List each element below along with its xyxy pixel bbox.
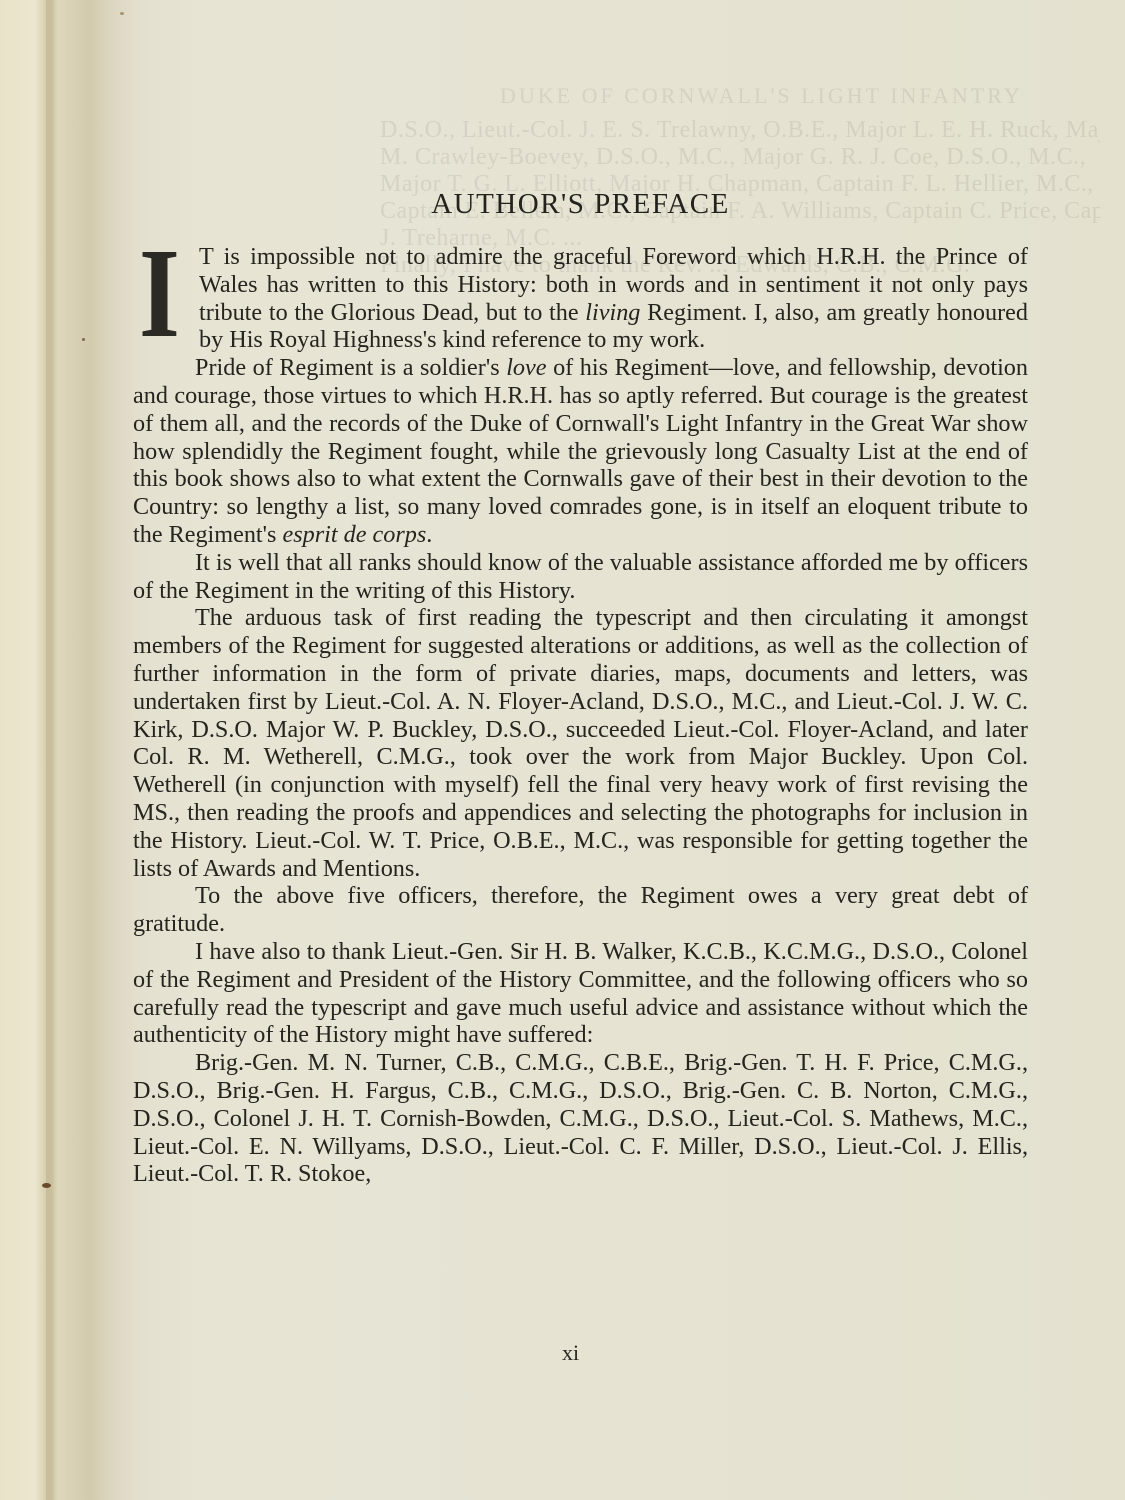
drop-cap-initial: I (139, 247, 180, 339)
paragraph-5: To the above five officers, therefore, t… (133, 882, 1028, 938)
paper-speck (42, 1183, 51, 1188)
paragraph-2-lead: Pride of Regiment is a soldier's (195, 354, 506, 381)
paragraph-6: I have also to thank Lieut.-Gen. Sir H. … (133, 938, 1028, 1049)
paper-speck (120, 12, 124, 15)
paragraph-2-tail: of his Regiment—love, and fellowship, de… (133, 354, 1028, 548)
show-through-line: M. Crawley-Boevey, D.S.O., M.C., Major G… (380, 144, 1100, 171)
paragraph-2-end: . (426, 521, 432, 548)
show-through-running-header: DUKE OF CORNWALL'S LIGHT INFANTRY (380, 82, 1100, 109)
page-title: AUTHOR'S PREFACE (133, 188, 1028, 221)
show-through-line: D.S.O., Lieut.-Col. J. E. S. Trelawny, O… (380, 117, 1100, 144)
esprit-de-corps-italic: esprit de corps (282, 521, 426, 548)
page-gutter-shadow (46, 0, 54, 1500)
page-number: xi (562, 1340, 579, 1366)
paper-speck (82, 338, 85, 341)
paragraph-2: Pride of Regiment is a soldier's love of… (133, 354, 1028, 549)
paragraph-7: Brig.-Gen. M. N. Turner, C.B., C.M.G., C… (133, 1049, 1028, 1188)
paragraph-1-italic: living (585, 299, 640, 326)
paragraph-3: It is well that all ranks should know of… (133, 549, 1028, 605)
paragraph-2-italic: love (506, 354, 546, 381)
paragraph-4: The arduous task of first reading the ty… (133, 604, 1028, 882)
paragraph-1: IT is impossible not to admire the grace… (133, 243, 1028, 354)
preface-body: AUTHOR'S PREFACE IT is impossible not to… (133, 188, 1028, 1188)
book-page: DUKE OF CORNWALL'S LIGHT INFANTRY D.S.O.… (0, 0, 1125, 1500)
